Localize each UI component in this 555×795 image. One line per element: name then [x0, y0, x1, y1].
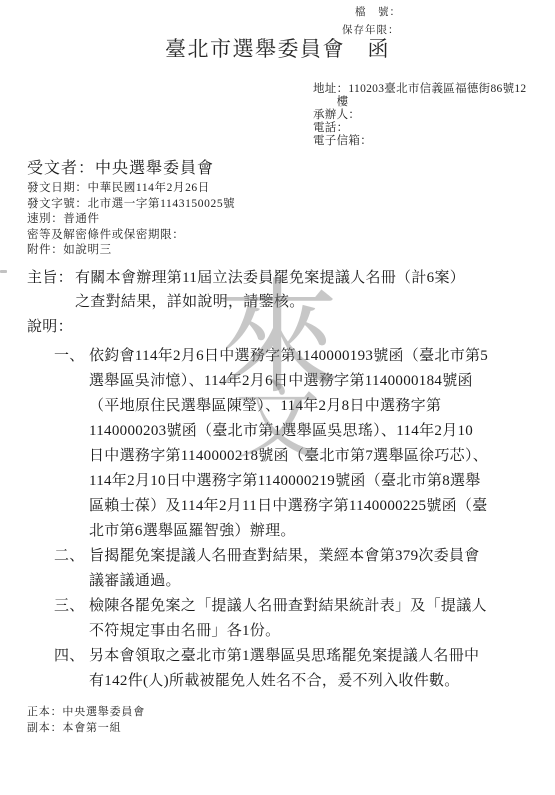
- sender-address: 地址：110203臺北市信義區福德街86號12 樓: [313, 83, 526, 109]
- delivery-speed: 速別：普通件: [27, 212, 235, 228]
- sender-contact-person: 承辦人：: [313, 109, 526, 122]
- subject-text: 有關本會辦理第11屆立法委員罷免案提議人名冊（計6案） 之查對結果，詳如說明，請…: [75, 266, 529, 314]
- item-text: 檢陳各罷免案之「提議人名冊查對結果統計表」及「提議人 不符規定事由名冊」各1份。: [89, 594, 529, 644]
- issuance-meta-block: 發文日期：中華民國114年2月26日 發文字號：北市選一字第1143150025…: [27, 181, 235, 259]
- attachment-note: 附件：如說明三: [27, 243, 235, 259]
- explanation-item-1: 一、 依鈞會114年2月6日中選務字第1140000193號函（臺北市第5 選舉…: [27, 344, 529, 544]
- item-text: 依鈞會114年2月6日中選務字第1140000193號函（臺北市第5 選舉區吳沛…: [89, 344, 529, 544]
- explanation-items: 一、 依鈞會114年2月6日中選務字第1140000193號函（臺北市第5 選舉…: [27, 344, 529, 694]
- explanation-item-3: 三、 檢陳各罷免案之「提議人名冊查對結果統計表」及「提議人 不符規定事由名冊」各…: [27, 594, 529, 644]
- send-date: 發文日期：中華民國114年2月26日: [27, 181, 235, 197]
- doc-number: 發文字號：北市選一字第1143150025號: [27, 197, 235, 213]
- sender-info-block: 地址：110203臺北市信義區福德街86號12 樓 承辦人： 電話： 電子信箱：: [313, 83, 526, 148]
- document-body: 主旨： 有關本會辦理第11屆立法委員罷免案提議人名冊（計6案） 之查對結果，詳如…: [27, 266, 529, 694]
- page-title: 臺北市選舉委員會 函: [0, 33, 555, 63]
- item-number: 二、: [54, 544, 89, 594]
- item-text: 旨揭罷免案提議人名冊查對結果，業經本會第379次委員會 議審議通過。: [89, 544, 529, 594]
- item-number: 一、: [54, 344, 89, 544]
- explanation-item-2: 二、 旨揭罷免案提議人名冊查對結果，業經本會第379次委員會 議審議通過。: [27, 544, 529, 594]
- security-classification: 密等及解密條件或保密期限：: [27, 228, 235, 244]
- copies-block: 正本：中央選舉委員會 副本：本會第一組: [27, 705, 145, 736]
- original-copy-line: 正本：中央選舉委員會: [27, 705, 145, 721]
- cc-copy-line: 副本：本會第一組: [27, 721, 145, 737]
- explanation-label: 說明：: [27, 315, 529, 339]
- item-number: 三、: [54, 594, 89, 644]
- sender-email: 電子信箱：: [313, 135, 526, 148]
- explanation-item-4: 四、 另本會領取之臺北市第1選舉區吳思瑤罷免案提議人名冊中 有142件(人)所載…: [27, 644, 529, 694]
- sender-phone: 電話：: [313, 122, 526, 135]
- recipient-line: 受文者：中央選舉委員會: [27, 155, 214, 178]
- scan-artifact: [0, 270, 7, 273]
- item-text: 另本會領取之臺北市第1選舉區吳思瑤罷免案提議人名冊中 有142件(人)所載被罷免…: [89, 644, 529, 694]
- subject-section: 主旨： 有關本會辦理第11屆立法委員罷免案提議人名冊（計6案） 之查對結果，詳如…: [27, 266, 529, 314]
- item-number: 四、: [54, 644, 89, 694]
- subject-label: 主旨：: [27, 266, 75, 314]
- file-number-label: 檔 號：: [342, 4, 401, 22]
